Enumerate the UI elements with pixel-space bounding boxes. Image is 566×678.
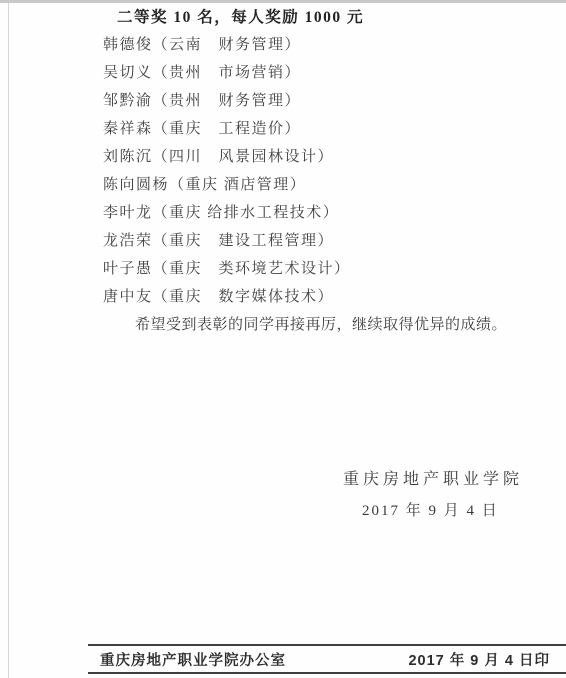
document-body: 二等奖 10 名，每人奖励 1000 元 韩德俊（云南 财务管理） 吴切义（贵州… <box>103 3 556 337</box>
document-page: 二等奖 10 名，每人奖励 1000 元 韩德俊（云南 财务管理） 吴切义（贵州… <box>0 0 566 678</box>
scan-left-edge <box>8 3 9 678</box>
winner-line: 叶子愚（重庆 类环境艺术设计） <box>103 253 556 281</box>
winner-line: 刘陈沉（四川 风景园林设计） <box>103 141 556 169</box>
footer-office-name: 重庆房地产职业学院办公室 <box>100 649 286 670</box>
winner-line: 韩德俊（云南 财务管理） <box>103 29 556 57</box>
signature-organization: 重庆房地产职业学院 <box>343 466 523 489</box>
document-footer: 重庆房地产职业学院办公室 2017 年 9 月 4 日印 <box>88 646 566 672</box>
closing-remark: 希望受到表彰的同学再接再厉，继续取得优异的成绩。 <box>135 309 556 337</box>
winner-line: 吴切义（贵州 市场营销） <box>103 57 556 85</box>
winner-line: 秦祥森（重庆 工程造价） <box>103 113 556 141</box>
signature-date: 2017 年 9 月 4 日 <box>362 499 499 520</box>
footer-print-date: 2017 年 9 月 4 日印 <box>408 649 550 670</box>
winner-line: 龙浩荣（重庆 建设工程管理） <box>103 225 556 253</box>
winner-line: 邹黔渝（贵州 财务管理） <box>103 85 556 113</box>
winner-line: 陈向圆杨（重庆 酒店管理） <box>103 169 556 197</box>
award-tier-title: 二等奖 10 名，每人奖励 1000 元 <box>117 3 556 29</box>
winner-line: 李叶龙（重庆 给排水工程技术） <box>103 197 556 225</box>
winner-line: 唐中友（重庆 数字媒体技术） <box>103 281 556 309</box>
footer-divider-bottom <box>88 672 566 674</box>
